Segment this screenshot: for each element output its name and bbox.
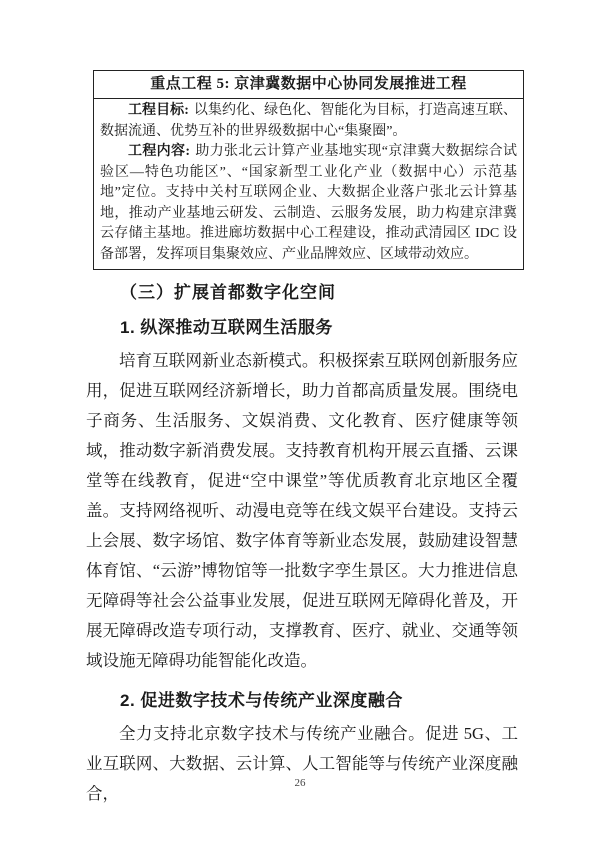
section-heading-3: （三）扩展首都数字化空间: [86, 278, 518, 303]
document-page: 重点工程 5: 京津冀数据中心协同发展推进工程 工程目标:以集约化、绿色化、智能…: [0, 0, 600, 848]
key-project-box: 重点工程 5: 京津冀数据中心协同发展推进工程 工程目标:以集约化、绿色化、智能…: [93, 70, 524, 270]
project-goal-paragraph: 工程目标:以集约化、绿色化、智能化为目标，打造高速互联、数据流通、优势互补的世界…: [100, 101, 517, 142]
subsection-heading-2: 2. 促进数字技术与传统产业深度融合: [86, 686, 518, 711]
body-paragraph-2: 全力支持北京数字技术与传统产业融合。促进 5G、工业互联网、大数据、云计算、人工…: [86, 719, 518, 809]
project-content-text: 助力张北云计算产业基地实现“京津冀大数据综合试验区—特色功能区”、“国家新型工业…: [100, 144, 517, 262]
page-number: 26: [0, 777, 600, 789]
project-content-label: 工程内容:: [128, 144, 190, 159]
body-paragraph-1: 培育互联网新业态新模式。积极探索互联网创新服务应用，促进互联网经济新增长，助力首…: [86, 346, 518, 676]
key-project-box-body: 工程目标:以集约化、绿色化、智能化为目标，打造高速互联、数据流通、优势互补的世界…: [94, 99, 523, 269]
page-content: 重点工程 5: 京津冀数据中心协同发展推进工程 工程目标:以集约化、绿色化、智能…: [86, 70, 518, 809]
project-goal-label: 工程目标:: [128, 103, 189, 118]
key-project-box-title: 重点工程 5: 京津冀数据中心协同发展推进工程: [94, 71, 523, 99]
project-content-paragraph: 工程内容:助力张北云计算产业基地实现“京津冀大数据综合试验区—特色功能区”、“国…: [100, 142, 517, 265]
subsection-heading-1: 1. 纵深推动互联网生活服务: [86, 313, 518, 338]
